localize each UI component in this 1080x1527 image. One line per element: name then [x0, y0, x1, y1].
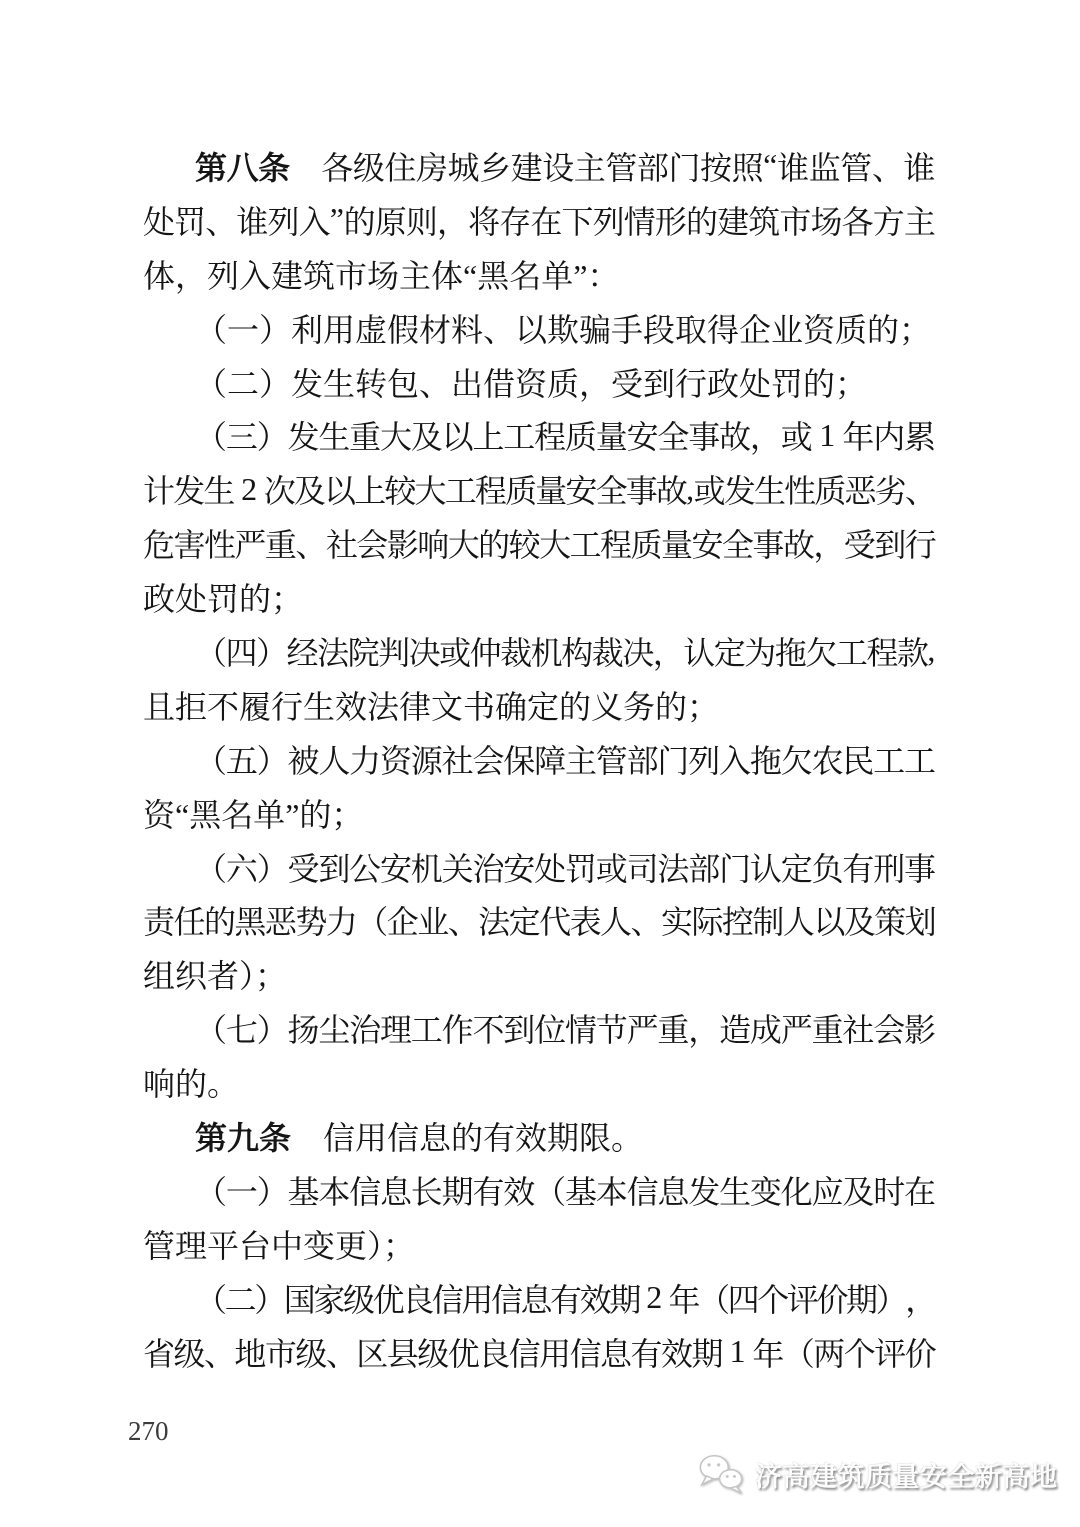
- text-line: （四）经法院判决或仲裁机构裁决，认定为拖欠工程款,: [143, 624, 935, 678]
- right-bubble-eye: [733, 1475, 736, 1478]
- text-line: 组织者）；: [143, 947, 935, 1001]
- text-line: 第九条 信用信息的有效期限。: [143, 1109, 935, 1163]
- text-line: 政处罚的；: [143, 570, 935, 624]
- text-line: （一）利用虚假材料、以欺骗手段取得企业资质的；: [143, 301, 935, 355]
- text-line: 第八条 各级住房城乡建设主管部门按照“谁监管、谁: [143, 139, 935, 193]
- text-line: （二）国家级优良信用信息有效期 2 年（四个评价期），: [143, 1271, 935, 1325]
- text-line: 资“黑名单”的；: [143, 786, 935, 840]
- text-line: 响的。: [143, 1055, 935, 1109]
- text-line: 处罚、谁列入”的原则，将存在下列情形的建筑市场各方主: [143, 193, 935, 247]
- watermark: 济高建筑质量安全新高地: [698, 1452, 1058, 1496]
- text-line: （三）发生重大及以上工程质量安全事故，或 1 年内累: [143, 408, 935, 462]
- text-line: （一）基本信息长期有效（基本信息发生变化应及时在: [143, 1163, 935, 1217]
- right-bubble-eye: [726, 1475, 729, 1478]
- text-line: 责任的黑恶势力（企业、法定代表人、实际控制人以及策划: [143, 893, 935, 947]
- left-bubble-eye: [717, 1463, 720, 1466]
- text-line: 且拒不履行生效法律文书确定的义务的；: [143, 678, 935, 732]
- text-line: 管理平台中变更）；: [143, 1217, 935, 1271]
- text-line: （七）扬尘治理工作不到位情节严重，造成严重社会影: [143, 1001, 935, 1055]
- text-line: 计发生 2 次及以上较大工程质量安全事故,或发生性质恶劣、: [143, 462, 935, 516]
- watermark-text: 济高建筑质量安全新高地: [755, 1455, 1058, 1494]
- text-line: （六）受到公安机关治安处罚或司法部门认定负有刑事: [143, 840, 935, 894]
- left-bubble-eye: [707, 1463, 710, 1466]
- document-body: 第八条 各级住房城乡建设主管部门按照“谁监管、谁处罚、谁列入”的原则，将存在下列…: [143, 139, 935, 1378]
- text-line: 危害性严重、社会影响大的较大工程质量安全事故，受到行: [143, 516, 935, 570]
- wechat-logo-icon: [698, 1452, 746, 1496]
- text-line: （五）被人力资源社会保障主管部门列入拖欠农民工工: [143, 732, 935, 786]
- page-number: 270: [128, 1416, 169, 1447]
- text-line: 省级、地市级、区县级优良信用信息有效期 1 年（两个评价: [143, 1325, 935, 1379]
- text-line: 体，列入建筑市场主体“黑名单”：: [143, 247, 935, 301]
- text-line: （二）发生转包、出借资质，受到行政处罚的；: [143, 355, 935, 409]
